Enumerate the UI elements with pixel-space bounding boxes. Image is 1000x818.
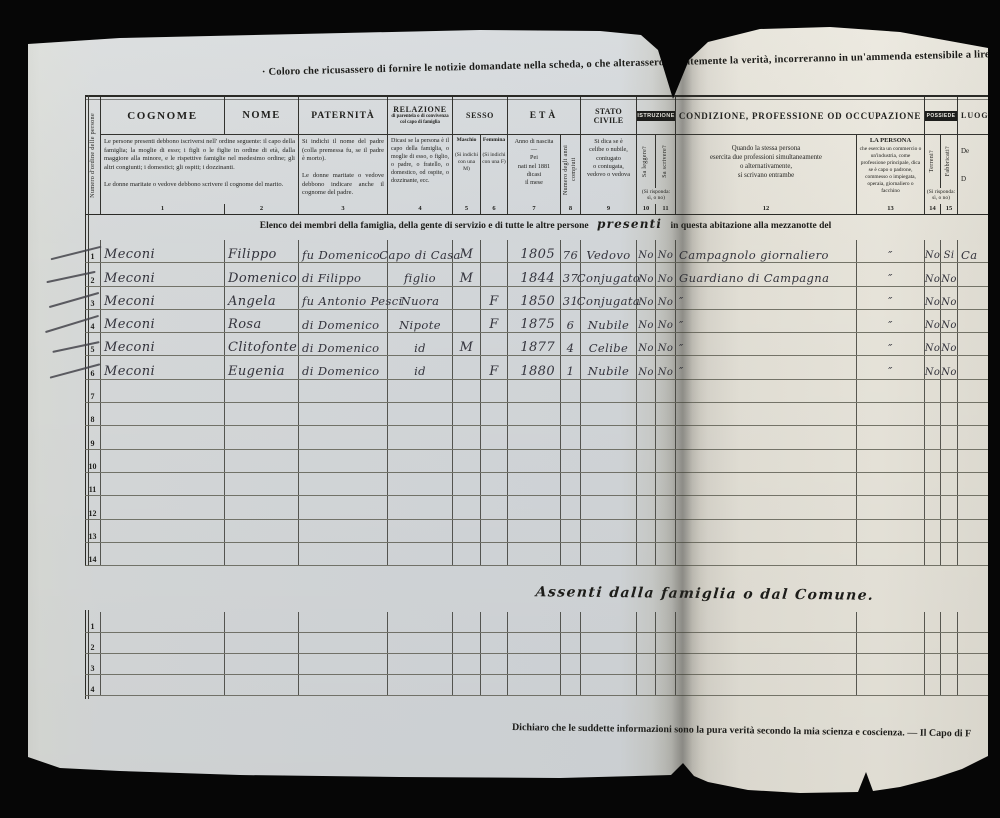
sa-leggere-value: No: [638, 321, 654, 331]
table-row: 3 Meconi Angela fu Antonio Pesci Nuora F…: [85, 287, 992, 310]
cell-sa-scrivere: No: [656, 240, 676, 262]
cell-anni-compiuti: [561, 403, 581, 425]
persona-value: ″: [888, 250, 893, 262]
terreni-label: Terreni?: [929, 150, 937, 172]
cell-paternita: [299, 496, 388, 518]
cell-anno-nascita: [508, 520, 561, 542]
row-number: 7: [91, 392, 95, 401]
cell-anno-nascita: [508, 403, 561, 425]
stato-title: STATO CIVILE: [581, 97, 636, 134]
cell-sa-leggere: [637, 675, 656, 695]
eta-anni-vertical-label: Numero degli anni compiuti: [563, 136, 579, 203]
persona-value: ″: [888, 343, 893, 355]
femmina-note: (Si indichi con una F): [482, 152, 506, 165]
table-row: 5 Meconi Clitofonte di Domenico id M 187…: [85, 333, 992, 356]
cell-stato-civile: [581, 380, 637, 402]
cell-terreni: [925, 633, 941, 653]
cell-cognome: [101, 675, 225, 695]
cell-sa-leggere: No: [637, 263, 656, 285]
cell-sa-scrivere: No: [656, 287, 676, 309]
cell-anno-nascita: 1877: [508, 333, 561, 355]
cell-anno-nascita: 1850: [508, 287, 561, 309]
anni-value: 6: [567, 320, 575, 332]
census-table-header: Numero d'ordine delle persone COGNOME NO…: [85, 95, 992, 215]
table-row: 10: [85, 450, 992, 473]
cell-luogo: [958, 473, 992, 495]
col-num-6: 6: [481, 204, 507, 214]
cell-professione: [676, 654, 857, 674]
sesso-m-value: M: [460, 341, 474, 354]
col-header-sesso: SESSO Maschio (Si indichi con una M) Fem…: [453, 97, 508, 214]
cell-anni-compiuti: [561, 633, 581, 653]
cell-stato-civile: [581, 403, 637, 425]
cell-cognome: [101, 520, 225, 542]
cell-nome: [225, 520, 299, 542]
cell-sa-scrivere: [656, 496, 676, 518]
cell-persona: ″: [857, 356, 925, 378]
cell-terreni: [925, 450, 941, 472]
cell-paternita: di Domenico: [299, 333, 388, 355]
cell-sesso-m: [453, 633, 481, 653]
declaration-line: Dichiaro che le suddette informazioni so…: [512, 722, 971, 739]
cell-professione: ″: [676, 356, 857, 378]
cell-stato-civile: [581, 675, 637, 695]
cell-paternita: di Filippo: [299, 263, 388, 285]
cell-cognome: [101, 380, 225, 402]
cell-sesso-f: [481, 450, 508, 472]
cell-persona: [857, 612, 925, 632]
cell-luogo: [958, 310, 992, 332]
cell-paternita: di Domenico: [299, 310, 388, 332]
eta-title: ETÀ: [508, 97, 580, 134]
cell-nome: [225, 612, 299, 632]
cell-cognome: [101, 426, 225, 448]
cell-sa-scrivere: No: [656, 263, 676, 285]
numero-vertical-label: Numero d'ordine delle persone: [89, 113, 96, 198]
cell-sa-leggere: [637, 496, 656, 518]
terreni-value: No: [925, 321, 941, 331]
cell-cognome: Meconi: [101, 287, 225, 309]
cell-fabbricati: No: [941, 310, 958, 332]
cell-professione: [676, 543, 857, 565]
anno-value: 1844: [520, 272, 555, 285]
eta-anno-note: Anno di nascita — Pei nati nel 1881 dica…: [508, 135, 561, 204]
row-number: 3: [91, 299, 95, 308]
cell-stato-civile: [581, 633, 637, 653]
cell-row-number: 7: [85, 380, 101, 402]
paternita-value: di Domenico: [302, 320, 379, 332]
cell-row-number: 3: [85, 654, 101, 674]
cell-persona: [857, 496, 925, 518]
cell-row-number: 4: [85, 675, 101, 695]
cognome-value: Meconi: [104, 318, 155, 331]
row-number: 14: [89, 555, 97, 564]
anno-value: 1877: [520, 341, 555, 354]
cell-terreni: [925, 675, 941, 695]
row-number: 11: [89, 485, 97, 494]
cell-sesso-m: [453, 496, 481, 518]
row-number: 4: [91, 322, 95, 331]
relazione-value: figlio: [404, 273, 436, 285]
cell-sa-leggere: [637, 426, 656, 448]
relazione-subtitle: di parentela o di convivenza col capo di…: [389, 114, 451, 126]
cell-row-number: 10: [85, 450, 101, 472]
anno-value: 1880: [520, 365, 555, 378]
cell-terreni: No: [925, 310, 941, 332]
col-header-possiede: POSSIEDE Terreni? Fabbricati? (Si rispon…: [925, 97, 958, 214]
relazione-value: id: [414, 366, 426, 378]
row-number: 1: [91, 252, 95, 261]
cell-luogo: [958, 543, 992, 565]
cell-luogo: [958, 450, 992, 472]
cell-sesso-f: [481, 240, 508, 262]
cell-sesso-m: [453, 380, 481, 402]
cell-nome: Filippo: [225, 240, 299, 262]
cell-relazione: [388, 675, 453, 695]
cell-anno-nascita: [508, 450, 561, 472]
cell-relazione: [388, 450, 453, 472]
row-number: 1: [91, 622, 95, 631]
cell-luogo: [958, 675, 992, 695]
cell-row-number: 4: [85, 310, 101, 332]
cell-nome: [225, 403, 299, 425]
cell-anni-compiuti: [561, 426, 581, 448]
col-header-istruzione: ISTRUZIONE Sa leggere? Sa scrivere? (Si …: [637, 97, 676, 214]
cell-sesso-f: F: [481, 356, 508, 378]
cell-terreni: [925, 473, 941, 495]
absent-members-grid: 1: [85, 612, 992, 696]
fabbricati-value: No: [941, 275, 957, 285]
cell-anni-compiuti: 1: [561, 356, 581, 378]
paper-page: · Coloro che ricusassero di fornire le n…: [0, 0, 1000, 818]
cell-paternita: [299, 543, 388, 565]
cell-sesso-f: [481, 675, 508, 695]
cell-sesso-m: M: [453, 333, 481, 355]
cell-sa-leggere: [637, 380, 656, 402]
cell-sa-leggere: [637, 543, 656, 565]
cell-sesso-m: [453, 310, 481, 332]
cell-cognome: [101, 473, 225, 495]
cell-professione: [676, 450, 857, 472]
condizione-title: CONDIZIONE, PROFESSIONE OD OCCUPAZIONE: [676, 97, 924, 134]
cell-professione: [676, 520, 857, 542]
cell-fabbricati: [941, 450, 958, 472]
cell-persona: [857, 633, 925, 653]
stato-value: Conjugato: [577, 273, 640, 285]
cell-sa-leggere: No: [637, 287, 656, 309]
nome-value: Rosa: [228, 318, 262, 331]
cell-sesso-m: [453, 356, 481, 378]
cell-anni-compiuti: [561, 496, 581, 518]
cell-sa-leggere: [637, 450, 656, 472]
cell-relazione: [388, 426, 453, 448]
cell-anno-nascita: [508, 675, 561, 695]
stato-note: Si dica se è celibe o nubile, coniugato …: [581, 135, 636, 204]
cell-paternita: di Domenico: [299, 356, 388, 378]
cell-cognome: [101, 654, 225, 674]
row-number: 8: [91, 415, 95, 424]
cell-professione: ″: [676, 310, 857, 332]
cell-professione: [676, 633, 857, 653]
table-row: 11: [85, 473, 992, 496]
cell-anno-nascita: [508, 426, 561, 448]
cell-paternita: [299, 675, 388, 695]
cell-sa-scrivere: [656, 473, 676, 495]
sa-leggere-value: No: [638, 275, 654, 285]
maschio-label: Maschio: [457, 137, 477, 143]
stato-value: Nubile: [588, 320, 629, 332]
stato-value: Vedovo: [586, 250, 630, 262]
table-row: 3: [85, 654, 992, 675]
cell-stato-civile: Celibe: [581, 333, 637, 355]
cell-anno-nascita: 1880: [508, 356, 561, 378]
cell-luogo: [958, 333, 992, 355]
paternita-note: Si indichi il nome del padre (colla prem…: [299, 135, 387, 204]
cell-fabbricati: [941, 633, 958, 653]
cell-paternita: fu Domenico: [299, 240, 388, 262]
cell-nome: [225, 450, 299, 472]
cell-row-number: 12: [85, 496, 101, 518]
cell-luogo: [958, 380, 992, 402]
cell-fabbricati: [941, 380, 958, 402]
col-num-10: 10: [637, 204, 656, 214]
cell-luogo: Ca: [958, 240, 992, 262]
cell-luogo: [958, 612, 992, 632]
paternita-value: di Domenico: [302, 366, 379, 378]
cell-row-number: 1: [85, 612, 101, 632]
cell-cognome: [101, 450, 225, 472]
fabbricati-value: No: [941, 298, 957, 308]
nome-value: Clitofonte: [228, 341, 297, 354]
anni-value: 1: [567, 366, 575, 378]
cell-cognome: [101, 633, 225, 653]
col-num-2: 2: [225, 204, 298, 214]
cognome-title: COGNOME: [101, 97, 225, 134]
persona-value: ″: [888, 366, 893, 378]
persona-title: LA PERSONA: [870, 137, 911, 144]
anno-value: 1805: [520, 248, 555, 261]
cell-anno-nascita: [508, 543, 561, 565]
persona-value: ″: [888, 320, 893, 332]
penalty-warning-line: · Coloro che ricusassero di fornire le n…: [262, 48, 1000, 78]
cell-relazione: Nuora: [388, 287, 453, 309]
terreni-value: No: [925, 251, 941, 261]
cell-persona: [857, 675, 925, 695]
cell-luogo: [958, 287, 992, 309]
cell-cognome: Meconi: [101, 356, 225, 378]
cell-row-number: 2: [85, 633, 101, 653]
scanned-census-sheet: · Coloro che ricusassero di fornire le n…: [0, 0, 1000, 818]
sesso-m-value: M: [460, 272, 474, 285]
cell-paternita: [299, 426, 388, 448]
cell-persona: [857, 426, 925, 448]
cell-persona: [857, 654, 925, 674]
cell-fabbricati: [941, 496, 958, 518]
cell-sesso-m: [453, 403, 481, 425]
terreni-value: No: [925, 275, 941, 285]
row-number: 12: [89, 509, 97, 518]
cell-sa-leggere: No: [637, 333, 656, 355]
nome-value: Domenico: [228, 272, 297, 285]
cell-persona: ″: [857, 310, 925, 332]
table-row: 12: [85, 496, 992, 519]
cell-fabbricati: [941, 403, 958, 425]
cell-fabbricati: No: [941, 263, 958, 285]
fabbricati-value: No: [941, 321, 957, 331]
cell-terreni: No: [925, 356, 941, 378]
cognome-value: Meconi: [104, 365, 155, 378]
cognome-nome-note: Le persone presenti debbono iscriversi n…: [101, 135, 298, 204]
cell-row-number: 13: [85, 520, 101, 542]
sa-scrivere-label: Sa scrivere?: [662, 145, 670, 178]
cell-anno-nascita: [508, 654, 561, 674]
cell-anno-nascita: 1875: [508, 310, 561, 332]
femmina-label: Femmina: [483, 137, 505, 143]
sa-scrivere-value: No: [658, 344, 674, 354]
cell-fabbricati: [941, 520, 958, 542]
luogo-value: Ca: [961, 250, 977, 262]
luogo-fragment-1: De: [961, 147, 969, 155]
cell-professione: [676, 675, 857, 695]
cell-sesso-f: [481, 654, 508, 674]
professione-value: Campagnolo giornaliero: [679, 250, 829, 262]
nome-value: Filippo: [228, 248, 277, 261]
cell-persona: [857, 520, 925, 542]
cell-stato-civile: Conjugata: [581, 287, 637, 309]
row-number: 3: [91, 664, 95, 673]
cell-nome: Clitofonte: [225, 333, 299, 355]
cell-professione: [676, 380, 857, 402]
cell-sesso-f: [481, 543, 508, 565]
cell-cognome: Meconi: [101, 333, 225, 355]
cell-row-number: 2: [85, 263, 101, 285]
cognome-value: Meconi: [104, 272, 155, 285]
cell-persona: [857, 543, 925, 565]
cell-paternita: fu Antonio Pesci: [299, 287, 388, 309]
condizione-note: Quando la stessa persona esercita due pr…: [676, 135, 857, 204]
cell-sa-leggere: [637, 612, 656, 632]
istruzione-title: ISTRUZIONE: [637, 111, 675, 121]
cell-relazione: [388, 612, 453, 632]
cell-persona: [857, 473, 925, 495]
cell-cognome: [101, 403, 225, 425]
cell-stato-civile: [581, 450, 637, 472]
cell-professione: ″: [676, 287, 857, 309]
cell-luogo: [958, 426, 992, 448]
sa-scrivere-value: No: [658, 321, 674, 331]
cell-cognome: Meconi: [101, 263, 225, 285]
cell-nome: Angela: [225, 287, 299, 309]
cell-paternita: [299, 633, 388, 653]
cell-sa-leggere: [637, 473, 656, 495]
col-num-8: 8: [561, 204, 580, 214]
paternita-value: di Filippo: [302, 273, 361, 285]
cell-stato-civile: Conjugato: [581, 263, 637, 285]
cell-stato-civile: Vedovo: [581, 240, 637, 262]
nome-title: NOME: [225, 97, 298, 134]
cell-paternita: [299, 612, 388, 632]
col-num-9: 9: [581, 204, 636, 214]
cell-persona: ″: [857, 263, 925, 285]
col-header-stato-civile: STATO CIVILE Si dica se è celibe o nubil…: [581, 97, 637, 214]
sa-scrivere-value: No: [658, 368, 674, 378]
cell-nome: Rosa: [225, 310, 299, 332]
cell-fabbricati: No: [941, 356, 958, 378]
cell-anni-compiuti: [561, 543, 581, 565]
cell-luogo: [958, 520, 992, 542]
stato-value: Conjugata: [577, 296, 640, 308]
row-number: 9: [91, 439, 95, 448]
cell-professione: [676, 426, 857, 448]
cell-sa-leggere: No: [637, 240, 656, 262]
nome-value: Eugenia: [228, 365, 285, 378]
cell-row-number: 9: [85, 426, 101, 448]
sa-scrivere-value: No: [658, 298, 674, 308]
cell-sa-scrivere: No: [656, 333, 676, 355]
cell-sesso-m: [453, 543, 481, 565]
possiede-risponda-note: (Si risponda: sì, o no): [925, 188, 957, 204]
relazione-value: Nipote: [399, 320, 441, 332]
cell-anno-nascita: [508, 380, 561, 402]
col-num-5: 5: [453, 204, 481, 214]
cell-relazione: [388, 473, 453, 495]
cell-anno-nascita: 1844: [508, 263, 561, 285]
professione-value: ″: [679, 343, 684, 355]
row-number: 13: [89, 532, 97, 541]
table-row: 2 Meconi Domenico di Filippo figlio M 18…: [85, 263, 992, 286]
cell-sesso-m: M: [453, 263, 481, 285]
cell-nome: [225, 675, 299, 695]
sa-scrivere-value: No: [658, 275, 674, 285]
cell-relazione: Capo di Casa: [388, 240, 453, 262]
cell-cognome: Meconi: [101, 240, 225, 262]
cell-terreni: [925, 426, 941, 448]
cell-sesso-m: [453, 450, 481, 472]
cell-anno-nascita: 1805: [508, 240, 561, 262]
cell-cognome: [101, 543, 225, 565]
cell-paternita: [299, 403, 388, 425]
cell-professione: Campagnolo giornaliero: [676, 240, 857, 262]
cell-relazione: [388, 654, 453, 674]
cell-terreni: No: [925, 263, 941, 285]
cell-sesso-m: [453, 426, 481, 448]
cell-relazione: Nipote: [388, 310, 453, 332]
cell-paternita: [299, 380, 388, 402]
cell-relazione: id: [388, 333, 453, 355]
cell-anno-nascita: [508, 496, 561, 518]
sa-leggere-value: No: [638, 298, 654, 308]
cell-sa-leggere: [637, 633, 656, 653]
cell-luogo: [958, 633, 992, 653]
cell-sesso-m: [453, 675, 481, 695]
col-num-12: 12: [676, 204, 857, 214]
relazione-note: Dicasi se la persona è il capo della fam…: [388, 135, 452, 204]
cell-terreni: [925, 543, 941, 565]
cell-sa-leggere: [637, 520, 656, 542]
cell-paternita: [299, 654, 388, 674]
terreni-value: No: [925, 368, 941, 378]
cell-sesso-m: [453, 473, 481, 495]
sa-leggere-value: No: [638, 344, 654, 354]
professione-value: ″: [679, 320, 684, 332]
cell-stato-civile: [581, 543, 637, 565]
fabbricati-value: No: [941, 344, 957, 354]
fabbricati-label: Fabbricati?: [945, 146, 953, 176]
cell-nome: [225, 473, 299, 495]
cell-luogo: [958, 403, 992, 425]
cell-sa-leggere: No: [637, 356, 656, 378]
cell-anni-compiuti: 76: [561, 240, 581, 262]
